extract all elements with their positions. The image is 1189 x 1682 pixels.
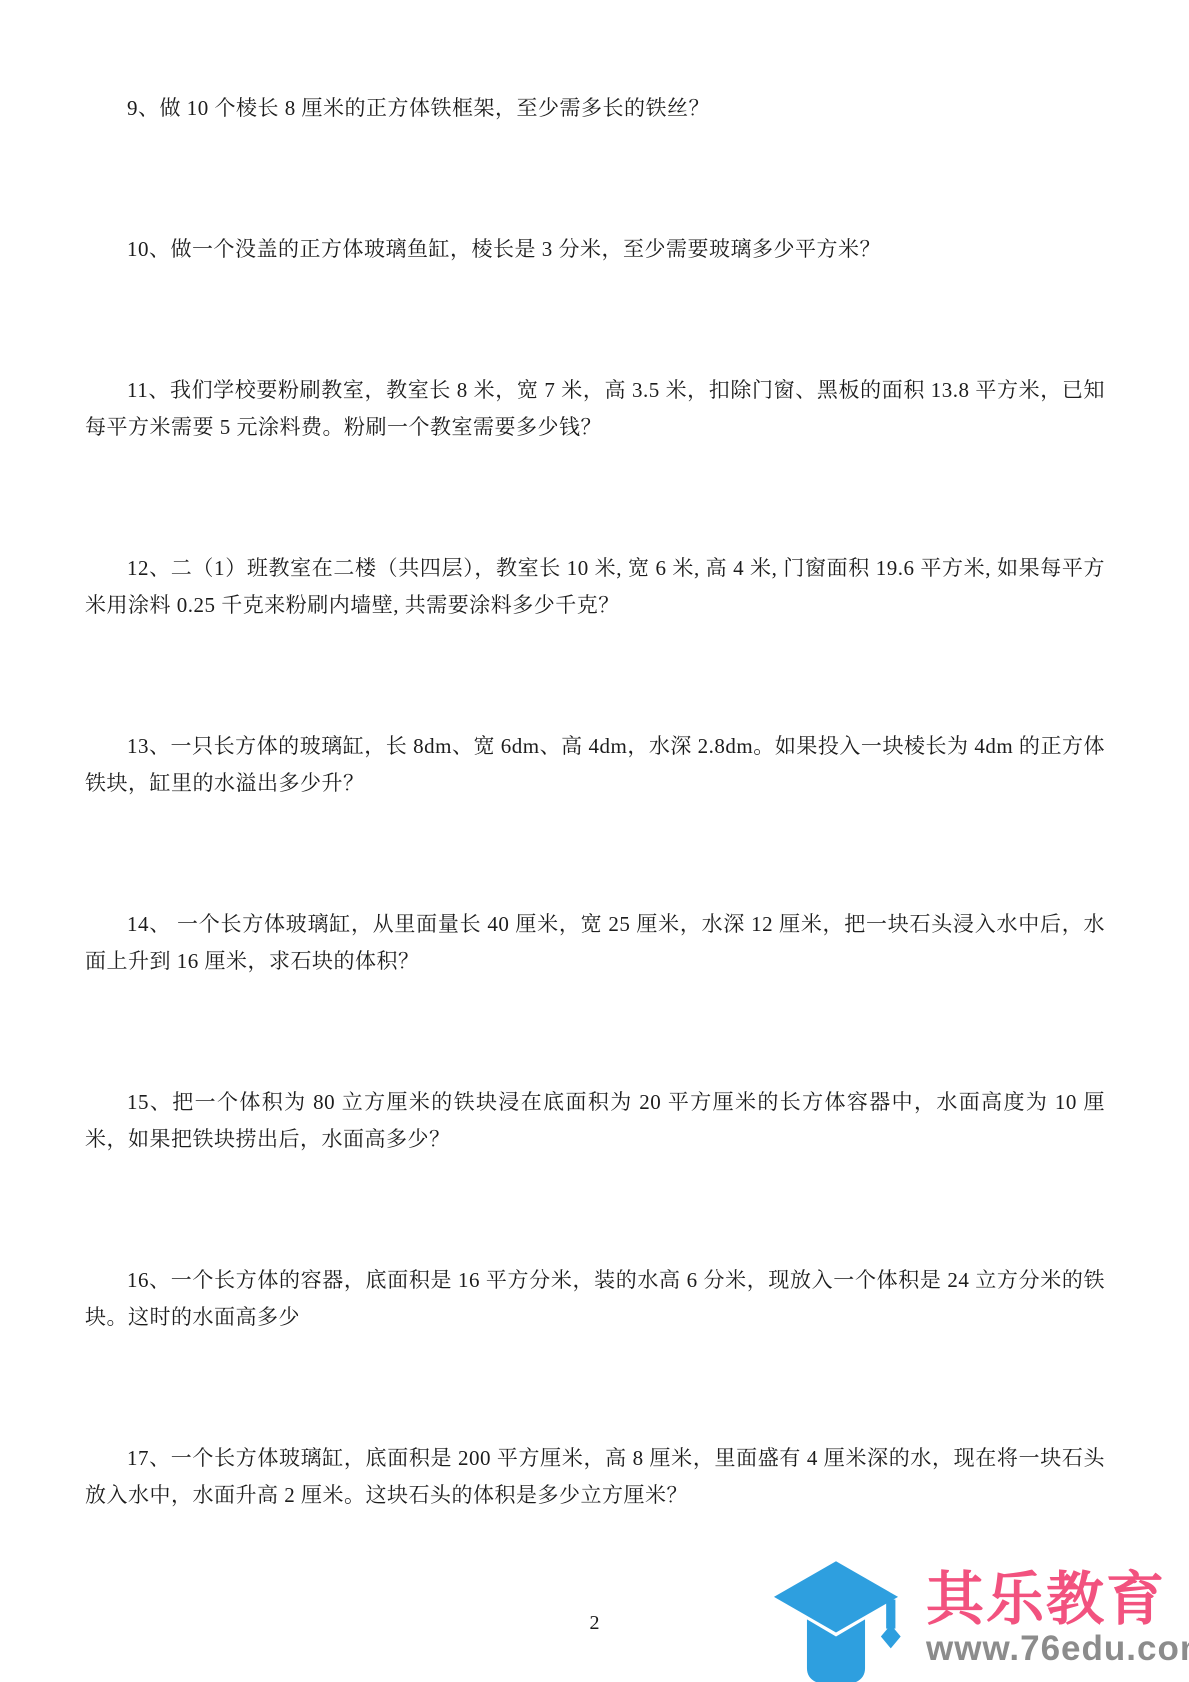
brand-watermark: 其乐教育 www.76edu.com <box>756 1556 1189 1682</box>
question-14: 14、 一个长方体玻璃缸，从里面量长 40 厘米，宽 25 厘米，水深 12 厘… <box>85 906 1105 980</box>
question-9: 9、做 10 个棱长 8 厘米的正方体铁框架，至少需多长的铁丝？ <box>85 90 1105 127</box>
question-10: 10、做一个没盖的正方体玻璃鱼缸，棱长是 3 分米，至少需要玻璃多少平方米？ <box>85 231 1105 268</box>
question-list: 9、做 10 个棱长 8 厘米的正方体铁框架，至少需多长的铁丝？ 10、做一个没… <box>85 0 1105 1618</box>
worksheet-page: 9、做 10 个棱长 8 厘米的正方体铁框架，至少需多长的铁丝？ 10、做一个没… <box>0 0 1189 1682</box>
brand-url: www.76edu.com <box>926 1630 1189 1668</box>
question-15: 15、把一个体积为 80 立方厘米的铁块浸在底面积为 20 平方厘米的长方体容器… <box>85 1084 1105 1158</box>
graduation-cap-icon <box>756 1556 916 1682</box>
brand-name: 其乐教育 <box>926 1570 1189 1630</box>
question-11: 11、我们学校要粉刷教室，教室长 8 米，宽 7 米，高 3.5 米，扣除门窗、… <box>85 372 1105 446</box>
question-16: 16、一个长方体的容器，底面积是 16 平方分米，装的水高 6 分米，现放入一个… <box>85 1262 1105 1336</box>
brand-text-block: 其乐教育 www.76edu.com <box>926 1556 1189 1668</box>
question-13: 13、一只长方体的玻璃缸，长 8dm、宽 6dm、高 4dm，水深 2.8dm。… <box>85 728 1105 802</box>
question-12: 12、二（1）班教室在二楼（共四层），教室长 10 米, 宽 6 米, 高 4 … <box>85 550 1105 624</box>
question-17: 17、一个长方体玻璃缸，底面积是 200 平方厘米，高 8 厘米，里面盛有 4 … <box>85 1440 1105 1514</box>
